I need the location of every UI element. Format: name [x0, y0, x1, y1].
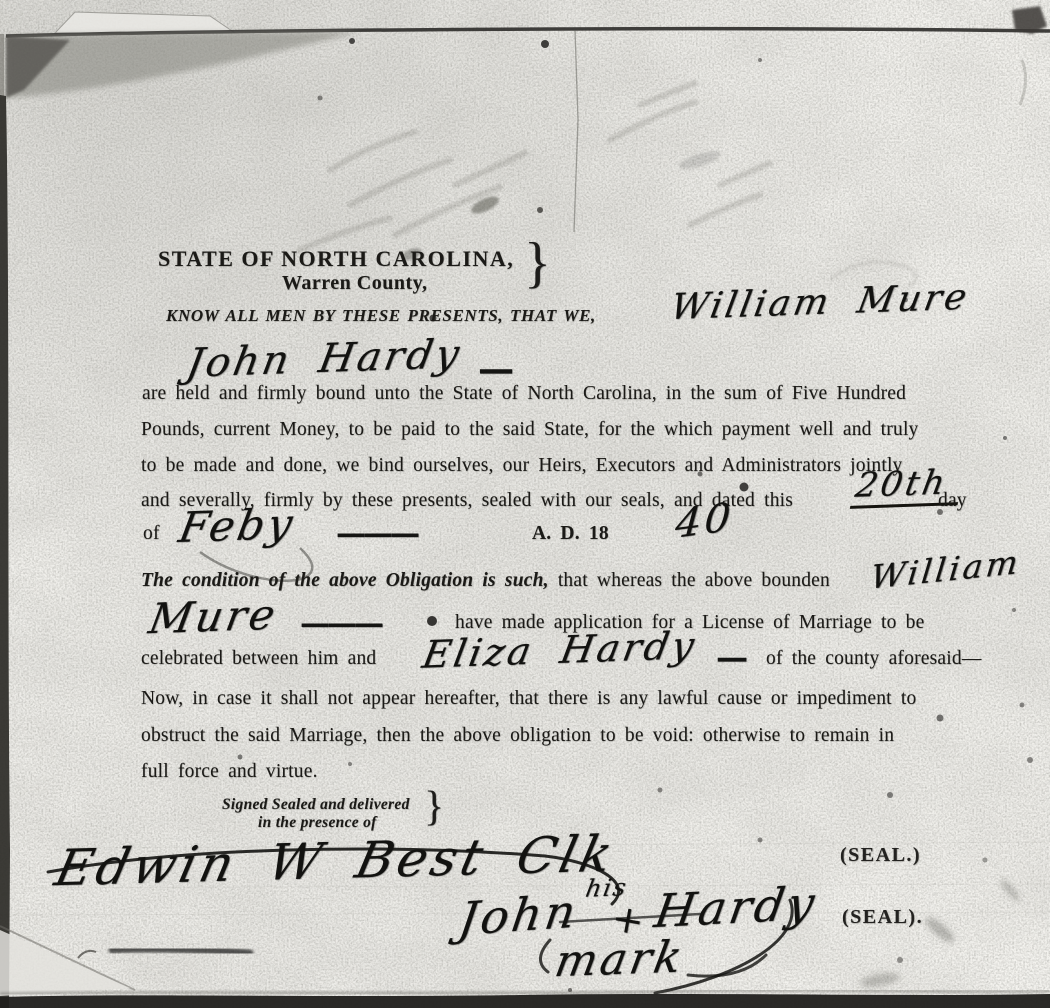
- month-dash: ———: [336, 516, 417, 551]
- opening-clause: KNOW ALL MEN BY THESE PRESENTS, THAT WE,: [166, 306, 596, 326]
- bond-text-line1: are held and firmly bound unto the State…: [142, 383, 906, 405]
- groom-last-name-handwritten: Mure: [145, 590, 282, 643]
- bride-name-handwritten: Eliza Hardy: [419, 623, 700, 676]
- condition-lead-line: The condition of the above Obligation is…: [141, 570, 830, 592]
- bond-text-line3: to be made and done, we bind ourselves, …: [141, 455, 903, 477]
- principal-name-handwritten: William Mure: [667, 277, 972, 328]
- groom-dash: ———: [300, 606, 381, 641]
- header-brace: }: [524, 240, 551, 288]
- scanned-marriage-bond-document: STATE OF NORTH CAROLINA, Warren County, …: [0, 0, 1050, 1008]
- signer-last-name: Hardy: [651, 876, 821, 938]
- of-word: of: [143, 523, 160, 545]
- month-handwritten: Feby: [175, 499, 299, 552]
- attestation-brace: }: [424, 790, 444, 826]
- condition-line5: obstruct the said Marriage, then the abo…: [141, 725, 894, 747]
- day-word: day: [938, 490, 967, 512]
- groom-first-name-handwritten: William: [869, 542, 1023, 596]
- anno-domini-printed: A. D. 18: [532, 523, 609, 545]
- celebrated-between-text: celebrated between him and: [141, 648, 376, 670]
- condition-lead-italic: The condition of the above Obligation is…: [141, 570, 549, 591]
- condition-lead-rest: that whereas the above bounden: [558, 570, 830, 591]
- attestation-line1: Signed Sealed and delivered: [222, 796, 410, 814]
- bride-dash: —: [716, 638, 745, 676]
- attestation-line2: in the presence of: [258, 814, 377, 832]
- state-title: STATE OF NORTH CAROLINA,: [158, 246, 514, 272]
- bond-text-line2: Pounds, current Money, to be paid to the…: [141, 419, 919, 441]
- surety-name-handwritten: John Hardy: [183, 331, 465, 386]
- condition-line4: Now, in case it shall not appear hereaft…: [141, 688, 916, 710]
- seal-label-bottom: (SEAL).: [842, 906, 923, 929]
- signer-mark-word: mark: [551, 932, 689, 987]
- county-aforesaid-text: of the county aforesaid—: [766, 648, 982, 670]
- seal-label-top: (SEAL.): [840, 844, 921, 867]
- condition-line6: full force and virtue.: [141, 761, 318, 783]
- year-handwritten: 40: [674, 494, 735, 547]
- county-name: Warren County,: [282, 272, 428, 295]
